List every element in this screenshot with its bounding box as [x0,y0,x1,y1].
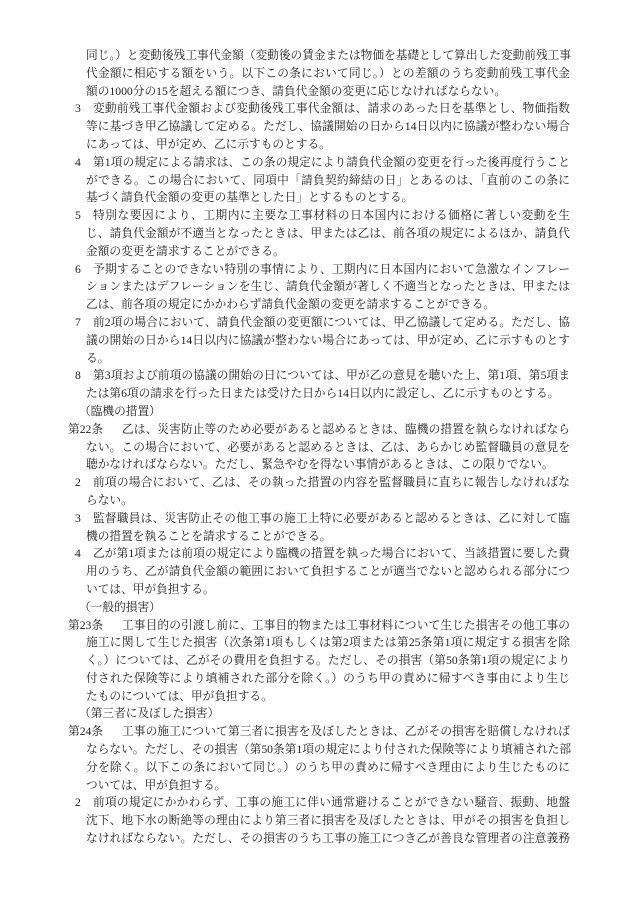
text-line: 工事の施工について第三者に損害を及ぼしたときは、乙がその損害を賠償しなければ [122,723,570,741]
document-body: 同じ。）と変動後残工事代金額（変動後の賃金または物価を基礎として算出した変動前残… [0,47,630,848]
clause-item: 6予期することのできない特別の事情により、工期内に日本国内において急激なインフレ… [0,261,630,314]
article-number: 第22条 [68,421,103,439]
text-line: 聴かなければならない。ただし、緊急やむを得ない事情があるときは、この限りでない。 [86,456,570,474]
item-number: 2 [75,474,81,492]
text-line: 第3項および前項の協議の開始の日については、甲が乙の意見を聴いた上、第1項、第5… [93,367,570,385]
text-line: 乙は、前各項の規定にかかわらず請負代金額の変更を請求することができる。 [86,296,570,314]
text-line: く。）については、乙がその費用を負担する。ただし、その損害（第50条第1項の規定… [86,652,570,670]
text-line: 同じ。）と変動後残工事代金額（変動後の賃金または物価を基礎として算出した変動前残… [86,47,570,65]
article-24: 第24条工事の施工について第三者に損害を及ぼしたときは、乙がその損害を賠償しなけ… [0,723,630,794]
text-line: 乙は、災害防止等のため必要があると認めるときは、臨機の措置を執らなければなら [122,421,570,439]
text-line: 変動前残工事代金額および変動後残工事代金額は、請求のあった日を基準とし、物価指数 [93,100,570,118]
text-line: 代金額に相応する額をいう。以下この条において同じ。）との差額のうち変動前残工事代… [86,65,570,83]
item-number: 4 [75,545,81,563]
text-line: 予期することのできない特別の事情により、工期内に日本国内において急激なインフレー [93,261,570,279]
text-line: 用のうち、乙が請負代金額の範囲において負担することが適当でないと認められる部分に… [86,563,570,581]
text-line: 分を除く。以下この条において同じ。）のうち甲の責めに帰すべき理由により生じたもの… [86,759,570,777]
heading-text: （第三者に及ぼした損害） [79,705,570,723]
article-number: 第23条 [68,617,103,635]
item-number: 8 [75,367,81,385]
text-line: 施工に関して生じた損害（次条第1項もしくは第2項または第25条第1項に規定する損… [86,634,570,652]
article-22: 第22条乙は、災害防止等のため必要があると認めるときは、臨機の措置を執らなければ… [0,421,630,474]
text-line: 工事目的の引渡し前に、工事目的物または工事材料について生じた損害その他工事の [122,617,570,635]
text-line: る。 [86,350,570,368]
text-line: ついては、甲が負担する。 [86,777,570,795]
text-line: たものについては、甲が負担する。 [86,688,570,706]
text-line: 議の開始の日から14日以内に協議が整わない場合にあっては、甲が定め、乙に示すもの… [86,332,570,350]
clause-item: 3監督職員は、災害防止その他工事の施工上特に必要があると認めるときは、乙に対して… [0,510,630,546]
article-number: 第24条 [68,723,103,741]
text-line: じ、請負代金額が不適当となったときは、甲または乙は、前各項の規定によるほか、請負… [86,225,570,243]
text-line: なければならない。ただし、その損害のうち工事の施工につき乙が善良な管理者の注意義… [86,830,570,848]
text-line: 付された保険等により填補された部分を除く。）のうち甲の責めに帰すべき事由により生… [86,670,570,688]
text-line: ができる。この場合において、同項中「請負契約締結の日」とあるのは、「直前のこの条… [86,172,570,190]
text-line: 額の1000分の15を超える額につき、請負代金額の変更に応じなければならない。 [86,83,570,101]
text-line: 前2項の場合において、請負代金額の変更額については、甲乙協議して定める。ただし、… [93,314,570,332]
text-line: 特別な要因により、工期内に主要な工事材料の日本国内における価格に著しい変動を生 [93,207,570,225]
clause-item: 4第1項の規定による請求は、この条の規定により請負代金額の変更を行った後再度行う… [0,154,630,207]
text-line: 基づく請負代金額の変更の基準とした日」とするものとする。 [86,189,570,207]
text-line: 金額の変更を請求することができる。 [86,243,570,261]
document-page: 同じ。）と変動後残工事代金額（変動後の賃金または物価を基礎として算出した変動前残… [0,0,630,903]
text-line: 等に基づき甲乙協議して定める。ただし、協議開始の日から14日以内に協議が整わない… [86,118,570,136]
text-line: たは第6項の請求を行った日または受けた日から14日以内に設定し、乙に示すものとす… [86,385,570,403]
section-heading: （第三者に及ぼした損害） [0,705,630,723]
item-number: 4 [75,154,81,172]
heading-text: （臨機の措置） [79,403,570,421]
item-number: 7 [75,314,81,332]
text-line: 監督職員は、災害防止その他工事の施工上特に必要があると認めるときは、乙に対して臨 [93,510,570,528]
section-heading: （一般的損害） [0,599,630,617]
item-number: 3 [75,100,81,118]
text-line: ションまたはデフレーションを生じ、請負代金額が著しく不適当となったときは、甲また… [86,278,570,296]
clause-item: 7前2項の場合において、請負代金額の変更額については、甲乙協議して定める。ただし… [0,314,630,367]
clause-item: 8第3項および前項の協議の開始の日については、甲が乙の意見を聴いた上、第1項、第… [0,367,630,403]
text-line: 前項の規定にかかわらず、工事の施工に伴い通常避けることができない騒音、振動、地盤 [93,794,570,812]
clause-item: 2前項の場合において、乙は、その執った措置の内容を監督職員に直ちに報告しなければ… [0,474,630,510]
item-number: 3 [75,510,81,528]
clause-item: 5特別な要因により、工期内に主要な工事材料の日本国内における価格に著しい変動を生… [0,207,630,260]
item-number: 2 [75,794,81,812]
text-line: 乙が第1項または前項の規定により臨機の措置を執った場合において、当該措置に要した… [93,545,570,563]
text-line: 前項の場合において、乙は、その執った措置の内容を監督職員に直ちに報告しなければな [93,474,570,492]
text-line: いては、甲が負担する。 [86,581,570,599]
article-23: 第23条工事目的の引渡し前に、工事目的物または工事材料について生じた損害その他工… [0,617,630,706]
section-heading: （臨機の措置） [0,403,630,421]
text-line: 沈下、地下水の断絶等の理由により第三者に損害を及ぼしたときは、甲がその損害を負担… [86,812,570,830]
text-line: 第1項の規定による請求は、この条の規定により請負代金額の変更を行った後再度行うこ… [93,154,570,172]
clause-item: 2前項の規定にかかわらず、工事の施工に伴い通常避けることができない騒音、振動、地… [0,794,630,847]
heading-text: （一般的損害） [79,599,570,617]
text-line: 機の措置を執ることを請求することができる。 [86,528,570,546]
text-line: らない。 [86,492,570,510]
item-number: 5 [75,207,81,225]
clause-item: 3変動前残工事代金額および変動後残工事代金額は、請求のあった日を基準とし、物価指… [0,100,630,153]
clause-item: 4乙が第1項または前項の規定により臨機の措置を執った場合において、当該措置に要し… [0,545,630,598]
paragraph-continuation: 同じ。）と変動後残工事代金額（変動後の賃金または物価を基礎として算出した変動前残… [0,47,630,100]
text-line: ならない。ただし、その損害（第50条第1項の規定により付された保険等により填補さ… [86,741,570,759]
text-line: にあっては、甲が定め、乙に示すものとする。 [86,136,570,154]
item-number: 6 [75,261,81,279]
text-line: ない。この場合において、必要があると認めるときは、乙は、あらかじめ監督職員の意見… [86,439,570,457]
